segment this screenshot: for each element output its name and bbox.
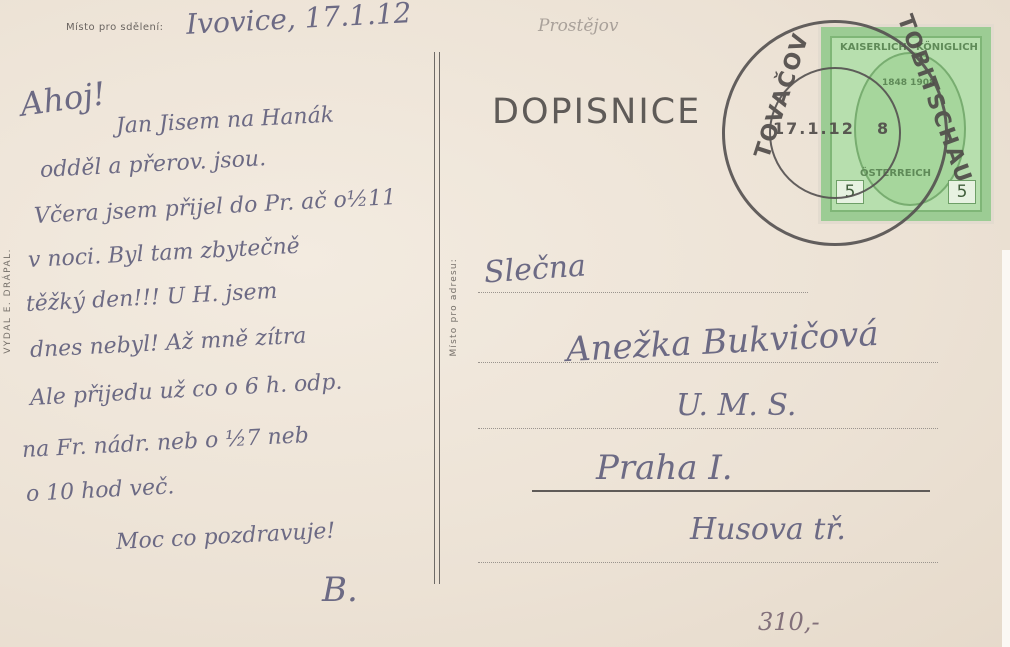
address-rule — [478, 428, 938, 429]
message-line: Včera jsem přijel do Pr. ač o½11 — [33, 185, 396, 229]
address-rule — [478, 562, 938, 563]
postmark-time: 8 — [877, 119, 890, 138]
message-place-date: Ivovice, 17.1.12 — [185, 0, 412, 41]
center-divider — [434, 52, 440, 584]
message-line: o 10 hod več. — [25, 474, 175, 507]
message-line: dnes nebyl! Až mně zítra — [29, 324, 307, 363]
postmark-outer-ring: TOVAČOV TOBITSCHAU 17.1.12 8 — [722, 20, 948, 246]
address-rule — [478, 292, 808, 293]
address-rule-city — [532, 490, 930, 492]
message-line: Jan Jisem na Hanák — [115, 103, 334, 139]
address-area-label: Místo pro adresu: — [449, 258, 459, 357]
scan-edge — [1002, 250, 1010, 647]
message-line: v noci. Byl tam zbytečně — [27, 234, 300, 273]
message-area-label: Místo pro sdělení: — [66, 22, 164, 33]
address-street: Husova tř. — [690, 512, 846, 547]
postcard-title: DOPISNICE — [492, 92, 701, 132]
message-closing: Moc co pozdravuje! — [115, 519, 336, 555]
pencil-note: Prostějov — [538, 16, 619, 36]
catalog-number: 310,- — [758, 608, 820, 636]
address-city: Praha I. — [596, 448, 733, 488]
postmark-date: 17.1.12 — [773, 119, 855, 138]
message-line: těžký den!!! U H. jsem — [25, 279, 278, 317]
address-salutation: Slečna — [483, 248, 587, 290]
postcard-reverse: Místo pro sdělení: VYDAL E. DRÁPAL. Míst… — [0, 0, 1010, 647]
message-line: odděl a přerov. jsou. — [39, 146, 266, 183]
message-salutation: Ahoj! — [18, 74, 108, 124]
message-signature: B. — [322, 570, 358, 610]
message-line: na Fr. nádr. neb o ½7 neb — [21, 423, 309, 463]
address-line2: U. M. S. — [676, 388, 796, 423]
message-line: Ale přijedu už co o 6 h. odp. — [29, 370, 343, 411]
publisher-imprint: VYDAL E. DRÁPAL. — [3, 248, 13, 354]
